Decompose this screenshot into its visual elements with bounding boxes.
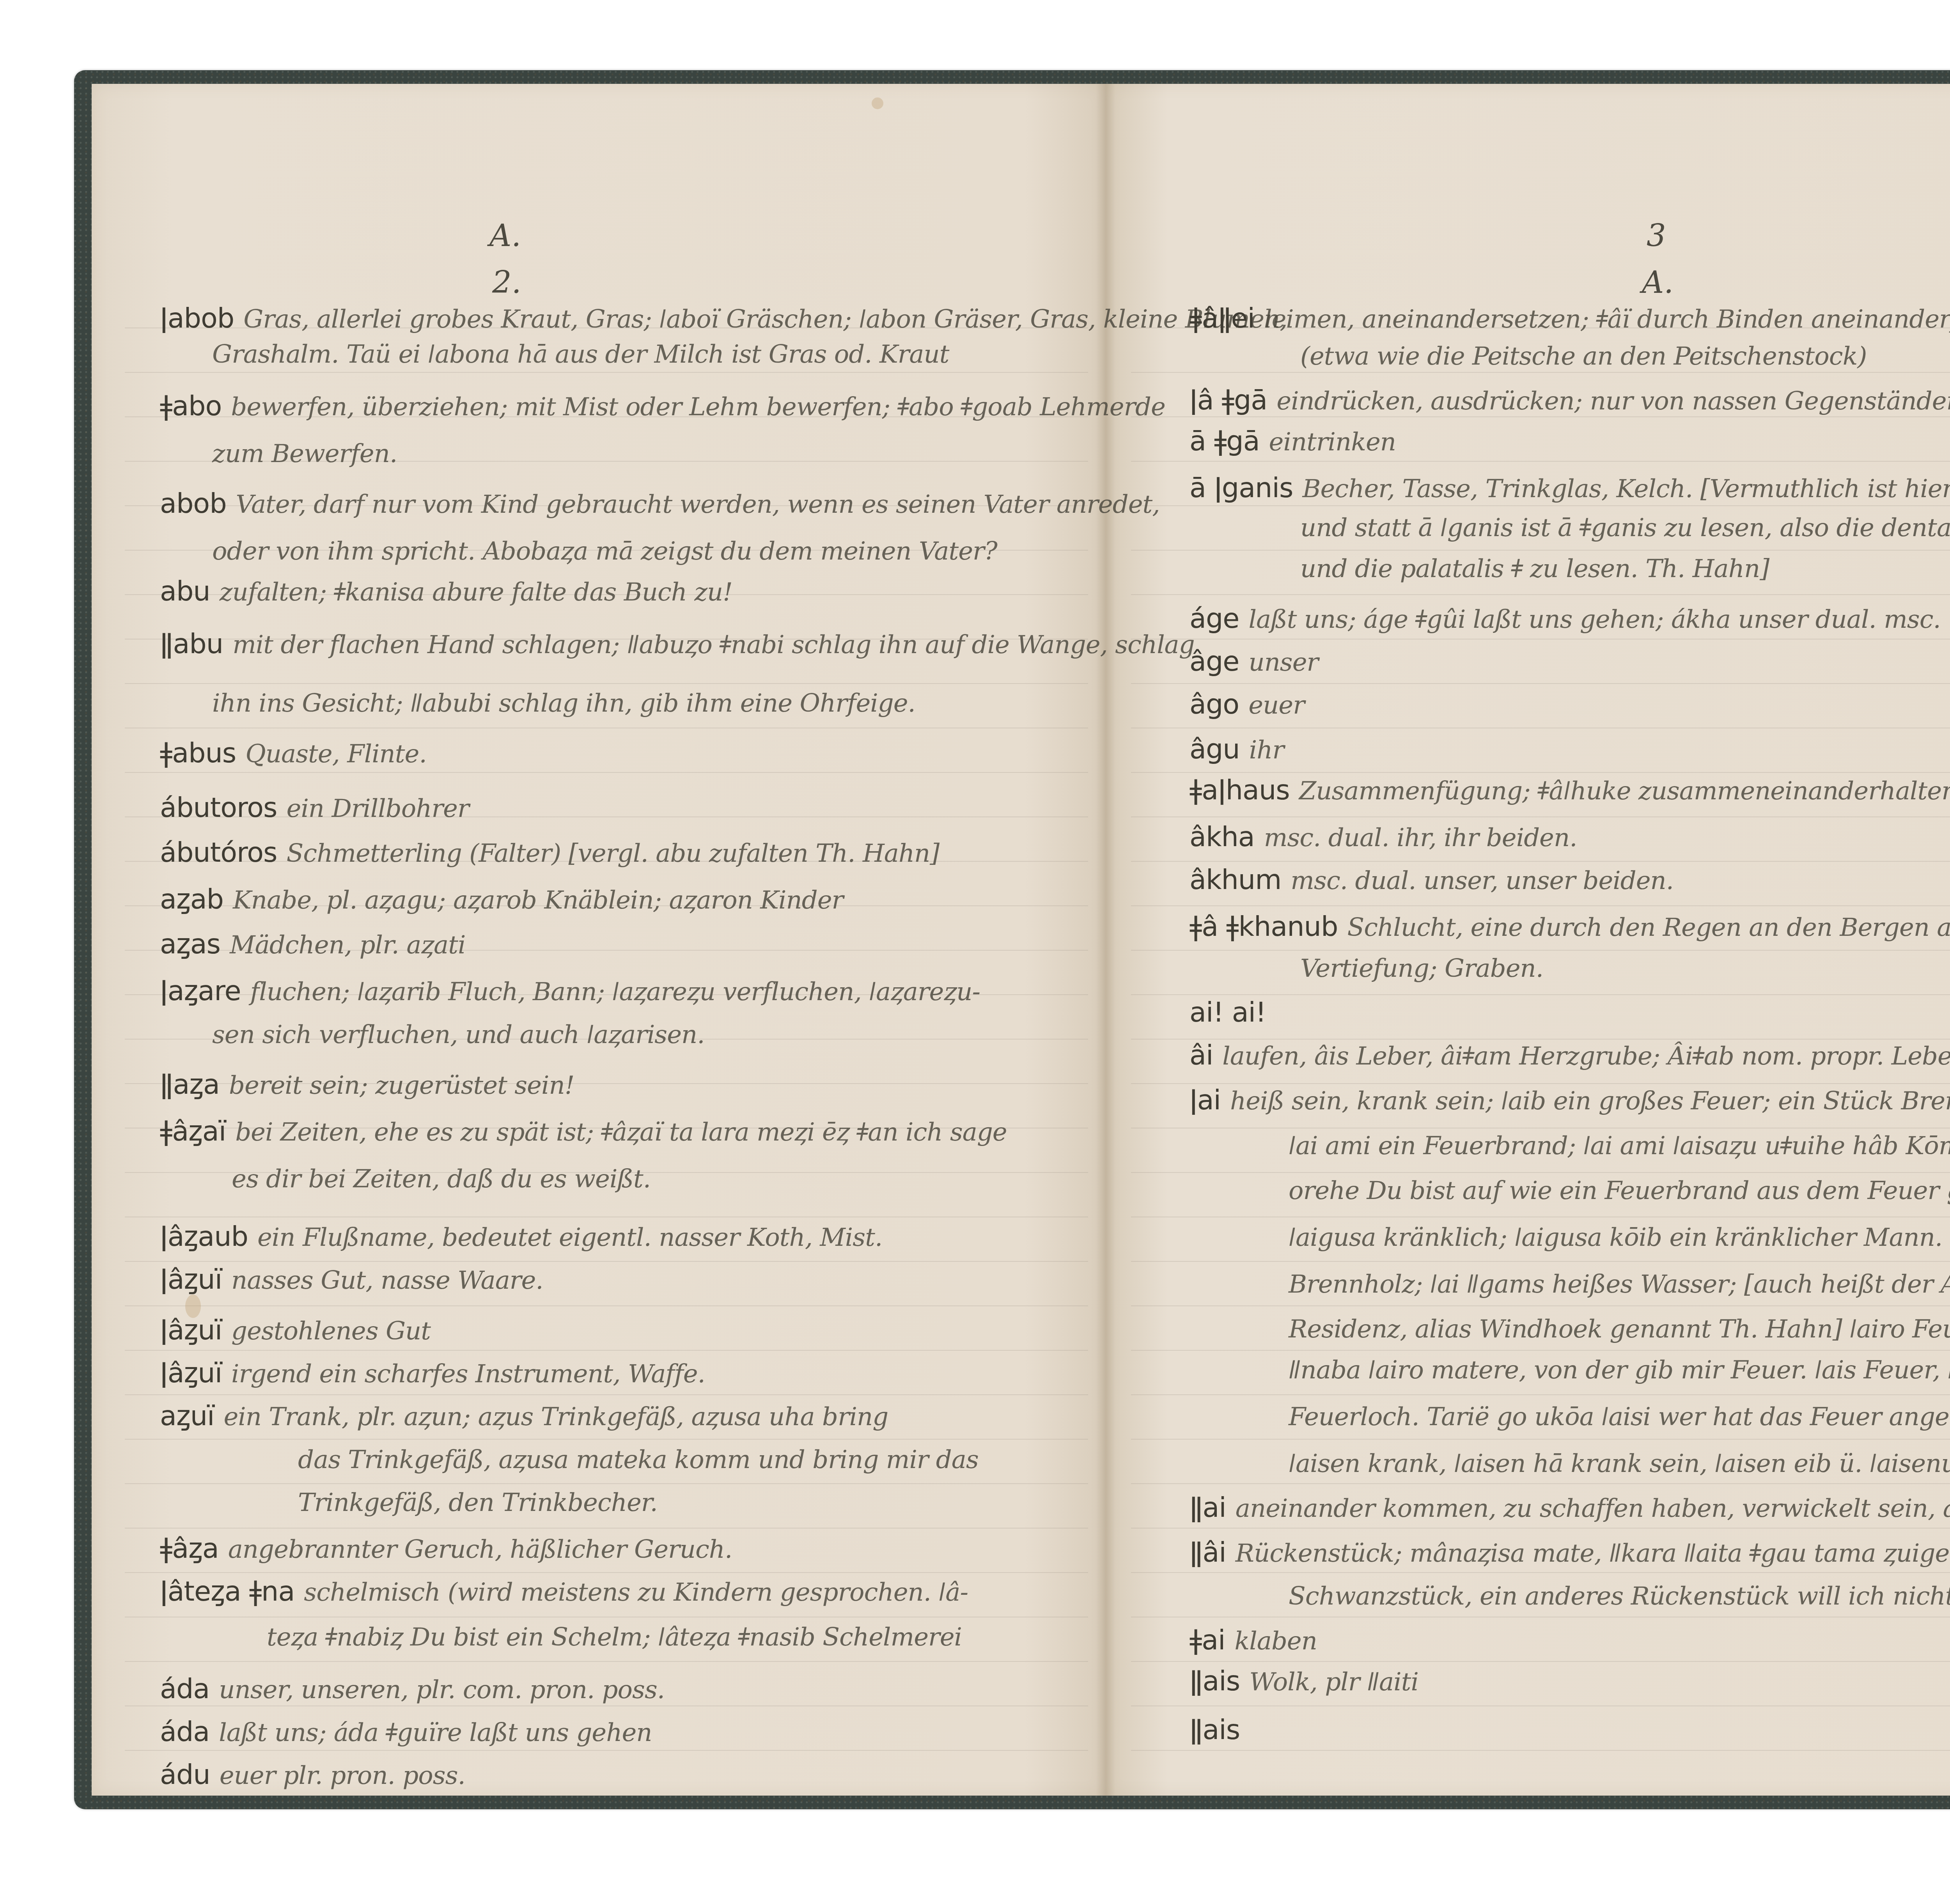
dictionary-entry-line: âgoeuer xyxy=(1189,688,1305,720)
ruled-line xyxy=(1131,1128,1950,1128)
gloss-text: sen sich verfluchen, und auch ǀaȥarisen. xyxy=(212,1020,705,1049)
ruled-line xyxy=(1131,817,1950,817)
headword: ǁais xyxy=(1189,1665,1240,1697)
dictionary-entry-line: es dir bei Zeiten, daß du es weißt. xyxy=(222,1162,651,1194)
headword: âge xyxy=(1189,645,1239,677)
gloss-text: Grashalm. Taü ei ǀabona hā aus der Milch… xyxy=(212,340,949,369)
ruled-line xyxy=(1131,994,1950,995)
gloss-text: Trinkgefäß, den Trinkbecher. xyxy=(298,1488,658,1517)
headword: ǂâ ǂkhanub xyxy=(1189,910,1338,942)
dictionary-entry-line: ǀâ ǂgāeindrücken, ausdrücken; nur von na… xyxy=(1189,384,1950,416)
ruled-line xyxy=(1131,594,1950,595)
headword: abob xyxy=(160,487,227,519)
headword: ā ǂgā xyxy=(1189,425,1260,457)
gloss-text: unser, unseren, plr. com. pron. poss. xyxy=(219,1676,665,1704)
ruled-line xyxy=(1131,1305,1950,1306)
dictionary-entry-line: ǂabobewerfen, überziehen; mit Mist oder … xyxy=(160,390,1165,422)
headword: ǀabob xyxy=(160,302,234,334)
gloss-text: heiß sein, krank sein; ǀaib ein großes F… xyxy=(1230,1087,1950,1116)
dictionary-entry-line: sen sich verfluchen, und auch ǀaȥarisen. xyxy=(203,1018,705,1050)
gloss-text: laßt uns; áge ǂgûi laßt uns gehen; ákha … xyxy=(1248,605,1940,634)
ruled-line xyxy=(1131,683,1950,684)
headword: ǂabo xyxy=(160,390,222,422)
headword: ǁai xyxy=(1189,1491,1226,1523)
dictionary-entry-line: ǁaianeinander kommen, zu schaffen haben,… xyxy=(1189,1491,1950,1523)
ink-spot xyxy=(872,97,883,109)
dictionary-entry-line: orehe Du bist auf wie ein Feuerbrand aus… xyxy=(1279,1174,1950,1206)
ruled-line xyxy=(1131,861,1950,862)
dictionary-entry-line: ǂaiklaben xyxy=(1189,1624,1317,1656)
ruled-line xyxy=(125,772,1088,773)
headword: ǀâȥaub xyxy=(160,1220,248,1252)
ruled-line xyxy=(1131,1483,1950,1484)
gloss-text: Residenz, alias Windhoek genannt Th. Hah… xyxy=(1289,1315,1950,1344)
ruled-line xyxy=(1131,1350,1950,1351)
gloss-text: nasses Gut, nasse Waare. xyxy=(231,1266,543,1295)
gloss-text: eintrinken xyxy=(1269,428,1396,457)
dictionary-entry-line: âguihr xyxy=(1189,733,1284,765)
headword: ǂabus xyxy=(160,737,236,769)
gloss-text: Brennholz; ǀai ǁgams heißes Wasser; [auc… xyxy=(1289,1270,1950,1299)
gloss-text: ǀaisen krank, ǀaisen hā krank sein, ǀais… xyxy=(1289,1449,1950,1478)
ruled-line xyxy=(1131,1572,1950,1573)
dictionary-entry-line: und statt ā ǀganis ist ā ǂganis zu lesen… xyxy=(1291,511,1950,543)
gloss-text: euer plr. pron. poss. xyxy=(220,1761,465,1790)
headword: ǂai xyxy=(1189,1624,1225,1656)
gloss-text: (etwa wie die Peitsche an den Peitschens… xyxy=(1300,342,1867,371)
gloss-text: euer xyxy=(1248,691,1305,720)
gloss-text: Zusammenfügung; ǂâǀhuke zusammeneinander… xyxy=(1299,777,1950,806)
headword: ǀâȥuï xyxy=(160,1263,222,1295)
headword: áge xyxy=(1189,602,1239,634)
headword: ǀâȥuï xyxy=(160,1357,222,1389)
dictionary-entry-line: ádaunser, unseren, plr. com. pron. poss. xyxy=(160,1673,665,1705)
ruled-line xyxy=(125,1706,1088,1706)
ruled-line xyxy=(1131,505,1950,506)
ruled-line xyxy=(125,1528,1088,1529)
headword: ǀâ ǂgā xyxy=(1189,384,1267,416)
gloss-text: eindrücken, ausdrücken; nur von nassen G… xyxy=(1276,387,1950,416)
headword: ǀaȥare xyxy=(160,975,241,1007)
headword: ǁabu xyxy=(160,628,223,660)
headword: âgu xyxy=(1189,733,1240,765)
ruled-line xyxy=(1131,1394,1950,1395)
gloss-text: Feuerloch. Tarië go ukōa ǀaisi wer hat d… xyxy=(1289,1403,1950,1431)
headword: ǁaȥa xyxy=(160,1068,220,1100)
dictionary-entry-line: oder von ihm spricht. Abobaȥa mā zeigst … xyxy=(203,534,997,566)
gloss-text: schelmisch (wird meistens zu Kindern ges… xyxy=(304,1578,968,1607)
dictionary-entry-line: teȥa ǂnabiȥ Du bist ein Schelm; ǀâteȥa ǂ… xyxy=(257,1620,962,1652)
gloss-text: aneinander kommen, zu schaffen haben, ve… xyxy=(1236,1494,1950,1523)
dictionary-entry-line: ǂâǁeileimen, aneinandersetzen; ǂâï durch… xyxy=(1189,302,1950,334)
dictionary-entry-line: ihn ins Gesicht; ǁabubi schlag ihn, gib … xyxy=(203,686,915,718)
ruled-line xyxy=(125,1217,1088,1217)
ruled-line xyxy=(1131,1528,1950,1529)
ruled-line xyxy=(125,1750,1088,1751)
dictionary-entry-line: ā ǂgāeintrinken xyxy=(1189,425,1396,457)
gloss-text: ein Flußname, bedeutet eigentl. nasser K… xyxy=(257,1223,882,1252)
gloss-text: orehe Du bist auf wie ein Feuerbrand aus… xyxy=(1289,1176,1950,1205)
headword: âkhum xyxy=(1189,864,1281,896)
ruled-line xyxy=(125,1394,1088,1395)
dictionary-entry-line: ǀâȥuïnasses Gut, nasse Waare. xyxy=(160,1263,543,1295)
gloss-text: laufen, âis Leber, âiǂam Herzgrube; Âiǂa… xyxy=(1222,1042,1950,1071)
headword: âgo xyxy=(1189,688,1239,720)
gloss-text: oder von ihm spricht. Abobaȥa mā zeigst … xyxy=(212,537,997,566)
gloss-text: teȥa ǂnabiȥ Du bist ein Schelm; ǀâteȥa ǂ… xyxy=(267,1623,962,1652)
headword: ǂâǁei xyxy=(1189,302,1255,334)
dictionary-entry-line: abobVater, darf nur vom Kind gebraucht w… xyxy=(160,487,1160,519)
dictionary-entry-line: ǂâȥaangebrannter Geruch, häßlicher Geruc… xyxy=(160,1532,732,1564)
gloss-text: Mädchen, plr. aȥati xyxy=(230,931,465,960)
gloss-text: fluchen; ǀaȥarib Fluch, Bann; ǀaȥareȥu v… xyxy=(250,978,980,1006)
ruled-line xyxy=(125,372,1088,373)
gloss-text: ihr xyxy=(1249,736,1284,765)
dictionary-entry-line: Trinkgefäß, den Trinkbecher. xyxy=(289,1486,658,1518)
ruled-line xyxy=(1131,950,1950,951)
ruled-line xyxy=(1131,1261,1950,1262)
dictionary-entry-line: ǀaȥarefluchen; ǀaȥarib Fluch, Bann; ǀaȥa… xyxy=(160,975,980,1007)
dictionary-entry-line: ǂâ ǂkhanubSchlucht, eine durch den Regen… xyxy=(1189,910,1950,942)
dictionary-entry-line: aȥasMädchen, plr. aȥati xyxy=(160,928,465,960)
gloss-text: Wolk, plr ǁaiti xyxy=(1249,1668,1418,1697)
gloss-text: irgend ein scharfes Instrument, Waffe. xyxy=(231,1360,705,1389)
ruled-line xyxy=(1131,416,1950,417)
dictionary-entry-line: abuzufalten; ǂkanisa abure falte das Buc… xyxy=(160,575,732,607)
dictionary-entry-line: âkhamsc. dual. ihr, ihr beiden. xyxy=(1189,821,1577,853)
gloss-text: Vater, darf nur vom Kind gebraucht werde… xyxy=(236,490,1160,519)
page-number-left: 2. xyxy=(492,265,521,300)
dictionary-entry-line: ǀabobGras, allerlei grobes Kraut, Gras; … xyxy=(160,302,1287,334)
gloss-text: gestohlenes Gut xyxy=(231,1317,431,1346)
dictionary-entry-line: Residenz, alias Windhoek genannt Th. Hah… xyxy=(1279,1312,1950,1344)
gloss-text: msc. dual. unser, unser beiden. xyxy=(1291,866,1673,895)
headword: abu xyxy=(160,575,210,607)
ruled-line xyxy=(125,1572,1088,1573)
ruled-line xyxy=(1131,639,1950,639)
gloss-text: unser xyxy=(1248,648,1318,677)
headword: aȥab xyxy=(160,883,223,915)
headword: âi xyxy=(1189,1039,1213,1071)
gloss-text: bereit sein; zugerüstet sein! xyxy=(229,1071,574,1100)
dictionary-entry-line: und die palatalis ǂ zu lesen. Th. Hahn] xyxy=(1291,552,1769,584)
gloss-text: ein Drillbohrer xyxy=(287,794,469,823)
gloss-text: Becher, Tasse, Trinkglas, Kelch. [Vermut… xyxy=(1302,475,1950,503)
ruled-line xyxy=(1131,905,1950,906)
headword: ábutoros xyxy=(160,792,277,824)
ruled-line xyxy=(1131,728,1950,728)
section-letter-left: A. xyxy=(489,218,521,253)
dictionary-entry-line: ǀai ami ein Feuerbrand; ǀai ami ǀaisaȥu … xyxy=(1279,1129,1950,1161)
gloss-text: es dir bei Zeiten, daß du es weißt. xyxy=(232,1165,651,1194)
gloss-text: ǀaigusa kränklich; ǀaigusa kōib ein krän… xyxy=(1289,1223,1950,1252)
ruled-line xyxy=(1131,1617,1950,1617)
dictionary-entry-line: ádalaßt uns; áda ǂguïre laßt uns gehen xyxy=(160,1716,652,1748)
dictionary-entry-line: âilaufen, âis Leber, âiǂam Herzgrube; Âi… xyxy=(1189,1039,1950,1071)
headword: áda xyxy=(160,1716,209,1748)
ruled-line xyxy=(125,1350,1088,1351)
dictionary-entry-line: Vertiefung; Graben. xyxy=(1291,951,1543,983)
gloss-text: Vertiefung; Graben. xyxy=(1300,954,1543,983)
ruled-line xyxy=(1131,1750,1950,1751)
ruled-line xyxy=(1131,1439,1950,1440)
headword: ǀai xyxy=(1189,1084,1221,1116)
headword: ábutóros xyxy=(160,836,277,868)
gloss-text: zufalten; ǂkanisa abure falte das Buch z… xyxy=(220,578,732,607)
dictionary-entry-line: Schwanzstück, ein anderes Rückenstück wi… xyxy=(1279,1579,1950,1611)
dictionary-entry-line: ǀâȥuïgestohlenes Gut xyxy=(160,1314,431,1346)
dictionary-entry-line: ǀâteȥa ǂnaschelmisch (wird meistens zu K… xyxy=(160,1575,968,1607)
headword: ai! ai! xyxy=(1189,996,1266,1028)
gloss-text: bei Zeiten, ehe es zu spät ist; ǂâȥaï ta… xyxy=(235,1118,1007,1147)
dictionary-entry-line: aȥabKnabe, pl. aȥagu; aȥarob Knäblein; a… xyxy=(160,883,843,915)
ruled-line xyxy=(1131,550,1950,551)
headword: ǂâȥa xyxy=(160,1532,219,1564)
ruled-line xyxy=(1131,1217,1950,1217)
gloss-text: leimen, aneinandersetzen; ǂâï durch Bind… xyxy=(1264,305,1950,334)
headword: aȥuï xyxy=(160,1400,214,1432)
dictionary-entry-line: (etwa wie die Peitsche an den Peitschens… xyxy=(1291,339,1867,371)
dictionary-entry-line: ǁaisWolk, plr ǁaiti xyxy=(1189,1665,1418,1697)
dictionary-entry-line: ǁabumit der flachen Hand schlagen; ǁabuȥ… xyxy=(160,628,1195,660)
headword: ǂaǀhaus xyxy=(1189,774,1290,806)
ruled-line xyxy=(1131,1172,1950,1173)
ruled-line xyxy=(1131,1661,1950,1662)
ruled-line xyxy=(1131,1706,1950,1706)
gloss-text: klaben xyxy=(1234,1627,1317,1656)
dictionary-entry-line: aȥuïein Trank, plr. aȥun; aȥus Trinkgefä… xyxy=(160,1400,888,1432)
gloss-text: ein Trank, plr. aȥun; aȥus Trinkgefäß, a… xyxy=(223,1403,888,1431)
dictionary-entry-line: ǁaȥabereit sein; zugerüstet sein! xyxy=(160,1068,574,1100)
ruled-line xyxy=(1131,772,1950,773)
dictionary-entry-line: ǀaiheiß sein, krank sein; ǀaib ein große… xyxy=(1189,1084,1950,1116)
dictionary-entry-line: ǂaǀhausZusammenfügung; ǂâǀhuke zusammene… xyxy=(1189,774,1950,806)
gloss-text: zum Bewerfen. xyxy=(212,439,397,468)
dictionary-entry-line: âkhummsc. dual. unser, unser beiden. xyxy=(1189,864,1673,896)
headword: aȥas xyxy=(160,928,220,960)
gloss-text: Rückenstück; mânaȥisa mate, ǁkara ǁaita … xyxy=(1236,1539,1950,1568)
dictionary-entry-line: ǀaigusa kränklich; ǀaigusa kōib ein krän… xyxy=(1279,1220,1950,1252)
dictionary-entry-line: ádueuer plr. pron. poss. xyxy=(160,1759,465,1791)
gloss-text: Quaste, Flinte. xyxy=(245,740,426,769)
gloss-text: das Trinkgefäß, aȥusa mateka komm und br… xyxy=(298,1445,979,1474)
gloss-text: bewerfen, überziehen; mit Mist oder Lehm… xyxy=(231,393,1165,422)
dictionary-entry-line: âgeunser xyxy=(1189,645,1318,677)
dictionary-entry-line: ai! ai! xyxy=(1189,996,1275,1028)
gloss-text: und die palatalis ǂ zu lesen. Th. Hahn] xyxy=(1300,554,1769,583)
ruled-line xyxy=(125,1305,1088,1306)
ruled-line xyxy=(125,1617,1088,1617)
gloss-text: Schwanzstück, ein anderes Rückenstück wi… xyxy=(1289,1582,1950,1611)
gloss-text: ǁnaba ǀairo matere, von der gib mir Feue… xyxy=(1289,1356,1950,1385)
dictionary-entry-line: ǂabusQuaste, Flinte. xyxy=(160,737,427,769)
page-number-right: 3 xyxy=(1647,218,1666,253)
headword: ǁais xyxy=(1189,1714,1240,1746)
gloss-text: Gras, allerlei grobes Kraut, Gras; ǀaboï… xyxy=(243,305,1287,334)
dictionary-entry-line: ǀaisen krank, ǀaisen hā krank sein, ǀais… xyxy=(1279,1447,1950,1479)
dictionary-entry-line: Feuerloch. Tarië go ukōa ǀaisi wer hat d… xyxy=(1279,1400,1950,1432)
headword: ǀâȥuï xyxy=(160,1314,222,1346)
headword: áda xyxy=(160,1673,209,1705)
section-letter-right: A. xyxy=(1642,265,1673,300)
dictionary-entry-line: Grashalm. Taü ei ǀabona hā aus der Milch… xyxy=(203,337,949,369)
dictionary-entry-line: ábutórosSchmetterling (Falter) [vergl. a… xyxy=(160,836,939,868)
headword: ǁâi xyxy=(1189,1536,1226,1568)
gloss-text: ihn ins Gesicht; ǁabubi schlag ihn, gib … xyxy=(212,689,915,718)
ruled-line xyxy=(125,683,1088,684)
headword: ǀâteȥa ǂna xyxy=(160,1575,294,1607)
dictionary-entry-line: ǁâiRückenstück; mânaȥisa mate, ǁkara ǁai… xyxy=(1189,1536,1950,1568)
dictionary-entry-line: ǁnaba ǀairo matere, von der gib mir Feue… xyxy=(1279,1353,1950,1385)
dictionary-entry-line: ǀâȥuïirgend ein scharfes Instrument, Waf… xyxy=(160,1357,705,1389)
gloss-text: msc. dual. ihr, ihr beiden. xyxy=(1264,824,1577,852)
gloss-text: mit der flachen Hand schlagen; ǁabuȥo ǂn… xyxy=(232,631,1195,659)
gloss-text: laßt uns; áda ǂguïre laßt uns gehen xyxy=(219,1718,652,1747)
gloss-text: und statt ā ǀganis ist ā ǂganis zu lesen… xyxy=(1300,514,1950,542)
dictionary-entry-line: ágelaßt uns; áge ǂgûi laßt uns gehen; ák… xyxy=(1189,602,1941,634)
gloss-text: Knabe, pl. aȥagu; aȥarob Knäblein; aȥaro… xyxy=(233,886,843,915)
dictionary-entry-line: ǀâȥaubein Flußname, bedeutet eigentl. na… xyxy=(160,1220,882,1252)
ruled-line xyxy=(1131,461,1950,462)
ruled-line xyxy=(125,1439,1088,1440)
ruled-line xyxy=(1131,372,1950,373)
dictionary-entry-line: ábutorosein Drillbohrer xyxy=(160,792,469,824)
gloss-text: Schmetterling (Falter) [vergl. abu zufal… xyxy=(287,839,940,868)
dictionary-entry-line: ǁais xyxy=(1189,1714,1249,1746)
dictionary-entry-line: zum Bewerfen. xyxy=(203,437,397,469)
ruled-line xyxy=(125,1261,1088,1262)
headword: ā ǀganis xyxy=(1189,472,1293,504)
gloss-text: angebrannter Geruch, häßlicher Geruch. xyxy=(228,1535,732,1564)
ruled-line xyxy=(125,1483,1088,1484)
ruled-line xyxy=(125,1661,1088,1662)
gloss-text: ǀai ami ein Feuerbrand; ǀai ami ǀaisaȥu … xyxy=(1289,1132,1950,1160)
dictionary-entry-line: Brennholz; ǀai ǁgams heißes Wasser; [auc… xyxy=(1279,1267,1950,1299)
book-gutter xyxy=(1096,84,1115,1796)
dictionary-entry-line: das Trinkgefäß, aȥusa mateka komm und br… xyxy=(289,1443,979,1475)
headword: ǂâȥaï xyxy=(160,1115,226,1147)
headword: âkha xyxy=(1189,821,1255,853)
dictionary-entry-line: ā ǀganisBecher, Tasse, Trinkglas, Kelch.… xyxy=(1189,472,1950,504)
dictionary-entry-line: ǂâȥaïbei Zeiten, ehe es zu spät ist; ǂâȥ… xyxy=(160,1115,1007,1147)
gloss-text: Schlucht, eine durch den Regen an den Be… xyxy=(1347,913,1950,942)
ruled-line xyxy=(125,728,1088,728)
headword: ádu xyxy=(160,1759,210,1791)
